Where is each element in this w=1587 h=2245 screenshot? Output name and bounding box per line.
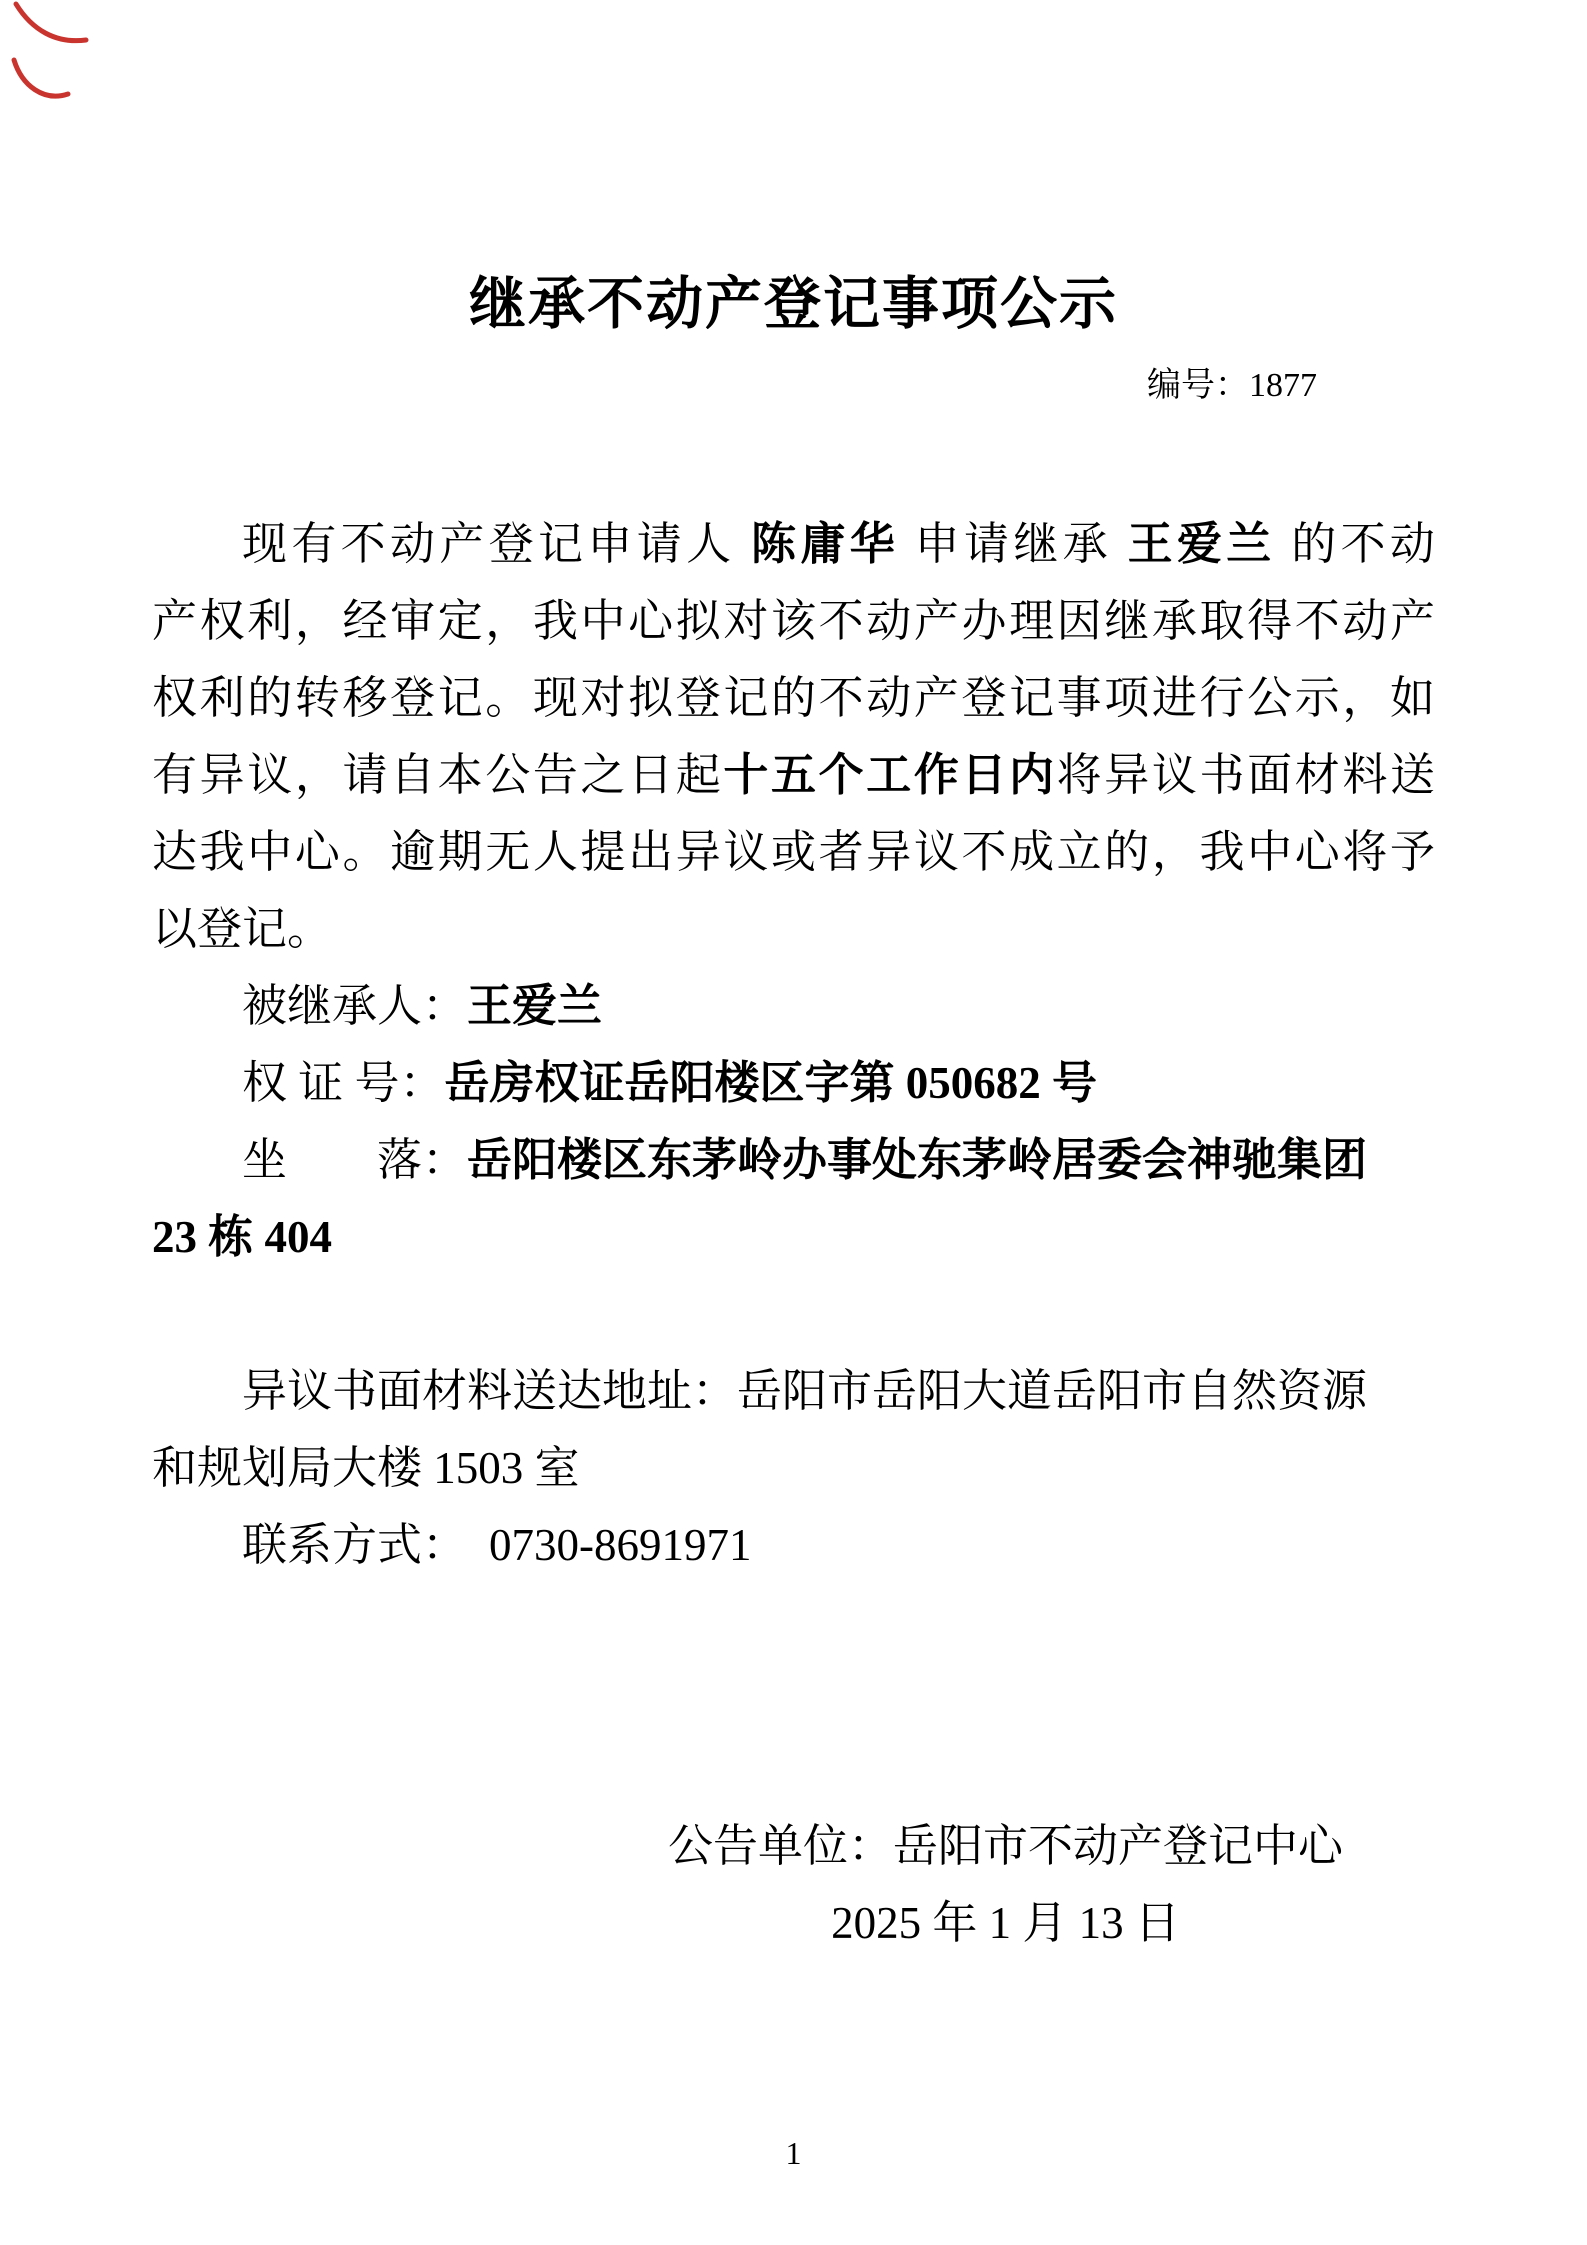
- field-value: 岳阳楼区东茅岭办事处东茅岭居委会神驰集团: [467, 1135, 1367, 1185]
- red-pen-mark-icon: [6, 0, 102, 120]
- paragraph-line: 权利的转移登记。现对拟登记的不动产登记事项进行公示，如: [152, 660, 1435, 737]
- field-label: 权 证 号：: [242, 1058, 445, 1108]
- paragraph-line: 现有不动产登记申请人 陈庸华 申请继承 王爱兰 的不动: [152, 506, 1435, 583]
- field-decedent: 被继承人：王爱兰: [152, 968, 1435, 1045]
- field-certificate-number: 权 证 号：岳房权证岳阳楼区字第 050682 号: [152, 1045, 1435, 1122]
- announcement-date: 2025 年 1 月 13 日: [668, 1885, 1343, 1962]
- red-pen-stroke: [16, 4, 86, 41]
- page-number: 1: [0, 2133, 1587, 2173]
- paragraph-line: 以登记。: [152, 891, 1435, 968]
- field-value: 23 栋 404: [152, 1212, 332, 1262]
- paragraph-line: 产权利，经审定，我中心拟对该不动产办理因继承取得不动产: [152, 583, 1435, 660]
- contact-label: 联系方式：: [242, 1520, 467, 1570]
- page-title: 继承不动产登记事项公示: [152, 0, 1435, 342]
- announcement-unit-value: 岳阳市不动产登记中心: [893, 1821, 1343, 1871]
- doc-number-value: 1877: [1249, 367, 1317, 404]
- doc-number-label: 编号：: [1147, 367, 1249, 404]
- red-pen-stroke: [14, 60, 68, 96]
- address-value: 和规划局大楼 1503 室: [152, 1443, 580, 1493]
- decedent-name: 王爱兰: [1128, 519, 1276, 569]
- deadline-text: 十五个工作日内: [723, 750, 1056, 800]
- announcement-unit-line: 公告单位：岳阳市不动产登记中心: [668, 1808, 1343, 1885]
- document-page: 继承不动产登记事项公示 编号：1877 现有不动产登记申请人 陈庸华 申请继承 …: [0, 0, 1587, 2245]
- paragraph-text: 申请继承: [899, 519, 1128, 569]
- paragraph-text: 将异议书面材料送: [1057, 750, 1435, 800]
- field-label: 坐 落：: [242, 1135, 467, 1185]
- contact-line: 联系方式：0730-8691971: [152, 1507, 1435, 1584]
- address-value: 岳阳市岳阳大道岳阳市自然资源: [737, 1366, 1367, 1416]
- paragraph-text: 现有不动产登记申请人: [242, 519, 751, 569]
- field-location: 坐 落：岳阳楼区东茅岭办事处东茅岭居委会神驰集团23 栋 404: [152, 1122, 1435, 1276]
- applicant-name: 陈庸华: [751, 519, 899, 569]
- field-value: 岳房权证岳阳楼区字第 050682 号: [445, 1058, 1098, 1108]
- field-label: 被继承人：: [242, 981, 467, 1031]
- paragraph-line: 有异议，请自本公告之日起十五个工作日内将异议书面材料送: [152, 737, 1435, 814]
- address-label: 异议书面材料送达地址：: [242, 1366, 737, 1416]
- footer: 公告单位：岳阳市不动产登记中心 2025 年 1 月 13 日: [668, 1808, 1343, 1962]
- paragraph-text: 有异议，请自本公告之日起: [152, 750, 723, 800]
- paragraph-text: 的不动: [1276, 519, 1435, 569]
- paragraph-line: 达我中心。逾期无人提出异议或者异议不成立的，我中心将予: [152, 814, 1435, 891]
- doc-number-line: 编号：1877: [152, 362, 1435, 410]
- field-value: 王爱兰: [467, 981, 602, 1031]
- main-paragraph: 现有不动产登记申请人 陈庸华 申请继承 王爱兰 的不动 产权利，经审定，我中心拟…: [152, 506, 1435, 968]
- objection-address-paragraph: 异议书面材料送达地址：岳阳市岳阳大道岳阳市自然资源和规划局大楼 1503 室: [152, 1353, 1435, 1507]
- contact-phone: 0730-8691971: [489, 1520, 752, 1570]
- announcement-unit-label: 公告单位：: [668, 1821, 893, 1871]
